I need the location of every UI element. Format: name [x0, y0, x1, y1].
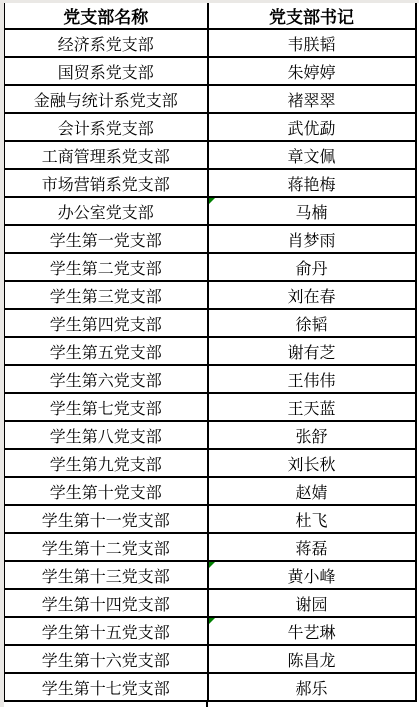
- header-branch-name-cell[interactable]: 党支部名称: [5, 3, 208, 29]
- table-row: 学生第四党支部 徐韬: [5, 309, 416, 337]
- header-secretary-text: 党支部书记: [269, 8, 354, 27]
- secretary-name-text: 韦朕韬: [287, 37, 335, 54]
- branch-name-cell[interactable]: 学生第十五党支部: [5, 617, 208, 645]
- secretary-cell[interactable]: 王天蓝: [208, 393, 416, 421]
- branch-name-cell[interactable]: 办公室党支部: [5, 197, 208, 225]
- secretary-cell[interactable]: 章文佩: [208, 141, 416, 169]
- branch-name-cell[interactable]: 学生第十党支部: [5, 477, 208, 505]
- secretary-cell[interactable]: 蒋磊: [208, 533, 416, 561]
- branch-name-text: 经济系党支部: [58, 37, 154, 54]
- header-row: 党支部名称 党支部书记: [5, 3, 416, 29]
- branch-name-text: 工商管理系党支部: [42, 149, 170, 166]
- branch-name-text: 学生第五党支部: [50, 345, 162, 362]
- branch-name-text: 学生第四党支部: [50, 317, 162, 334]
- secretary-cell[interactable]: 黄小峰: [208, 561, 416, 589]
- branch-name-cell[interactable]: 学生第三党支部: [5, 281, 208, 309]
- secretary-cell[interactable]: 蒋艳梅: [208, 169, 416, 197]
- secretary-name-text: 王伟伟: [287, 373, 335, 390]
- branch-name-cell[interactable]: 学生第四党支部: [5, 309, 208, 337]
- branch-name-cell[interactable]: 学生第十二党支部: [5, 533, 208, 561]
- secretary-name-text: 武优勐: [287, 121, 335, 138]
- branch-name-text: 学生第十三党支部: [42, 569, 170, 586]
- secretary-name-text: 刘在春: [287, 289, 335, 306]
- branch-name-cell[interactable]: 学生第六党支部: [5, 365, 208, 393]
- branch-name-text: 学生第十二党支部: [42, 541, 170, 558]
- cell-corner-indicator: [209, 562, 215, 568]
- table-row: 办公室党支部 马楠: [5, 197, 416, 225]
- table-row: 学生第十二党支部 蒋磊: [5, 533, 416, 561]
- table-row: 学生第八党支部 张舒: [5, 421, 416, 449]
- table-row: 工商管理系党支部 章文佩: [5, 141, 416, 169]
- secretary-cell[interactable]: 牛艺琳: [208, 617, 416, 645]
- branch-name-cell[interactable]: 金融与统计系党支部: [5, 85, 208, 113]
- branch-name-text: 学生第十七党支部: [42, 681, 170, 698]
- secretary-name-text: 蒋艳梅: [287, 177, 335, 194]
- top-gutter: [0, 0, 419, 3]
- branch-name-cell[interactable]: 学生第八党支部: [5, 421, 208, 449]
- branch-name-text: 学生第十一党支部: [42, 513, 170, 530]
- secretary-name-text: 张舒: [295, 429, 327, 446]
- branch-name-text: 学生第八党支部: [50, 429, 162, 446]
- branch-name-text: 金融与统计系党支部: [34, 93, 178, 110]
- secretary-cell[interactable]: 陈昌龙: [208, 645, 416, 673]
- branch-name-cell[interactable]: 学生第十七党支部: [5, 673, 208, 701]
- table-row: 学生第十七党支部 郝乐: [5, 673, 416, 701]
- secretary-name-text: 俞丹: [295, 261, 327, 278]
- secretary-name-text: 牛艺琳: [287, 625, 335, 642]
- secretary-cell[interactable]: 朱婷婷: [208, 57, 416, 85]
- branch-name-cell[interactable]: 学生第七党支部: [5, 393, 208, 421]
- table-row: 学生第十四党支部 谢园: [5, 589, 416, 617]
- secretary-cell[interactable]: 谢有芝: [208, 337, 416, 365]
- table-row: 学生第三党支部 刘在春: [5, 281, 416, 309]
- secretary-name-text: 杜飞: [295, 513, 327, 530]
- table-row: 经济系党支部 韦朕韬: [5, 29, 416, 57]
- secretary-name-text: 徐韬: [295, 317, 327, 334]
- secretary-cell[interactable]: 肖梦雨: [208, 225, 416, 253]
- table-body: 经济系党支部 韦朕韬 国贸系党支部 朱婷婷 金融与统计系党支部 褚翠翠 会计系党…: [5, 29, 416, 701]
- table-row: 学生第五党支部 谢有芝: [5, 337, 416, 365]
- branch-name-cell[interactable]: 学生第十三党支部: [5, 561, 208, 589]
- secretary-cell[interactable]: 褚翠翠: [208, 85, 416, 113]
- secretary-name-text: 蒋磊: [295, 541, 327, 558]
- secretary-cell[interactable]: 赵婧: [208, 477, 416, 505]
- secretary-name-text: 马楠: [295, 205, 327, 222]
- header-secretary-cell[interactable]: 党支部书记: [208, 3, 416, 29]
- secretary-name-text: 郝乐: [295, 681, 327, 698]
- table-row: 学生第十五党支部 牛艺琳: [5, 617, 416, 645]
- secretary-cell[interactable]: 马楠: [208, 197, 416, 225]
- secretary-cell[interactable]: 武优勐: [208, 113, 416, 141]
- secretary-name-text: 朱婷婷: [287, 65, 335, 82]
- branch-name-cell[interactable]: 学生第十六党支部: [5, 645, 208, 673]
- branch-name-text: 学生第十五党支部: [42, 625, 170, 642]
- branch-name-text: 会计系党支部: [58, 121, 154, 138]
- secretary-cell[interactable]: 韦朕韬: [208, 29, 416, 57]
- branch-name-text: 国贸系党支部: [58, 65, 154, 82]
- table-row: 学生第十六党支部 陈昌龙: [5, 645, 416, 673]
- branch-name-text: 学生第七党支部: [50, 401, 162, 418]
- party-branch-table: 党支部名称 党支部书记 经济系党支部 韦朕韬 国贸系党支部 朱婷婷: [4, 3, 417, 702]
- secretary-name-text: 谢园: [295, 597, 327, 614]
- sheet-area: 党支部名称 党支部书记 经济系党支部 韦朕韬 国贸系党支部 朱婷婷: [4, 3, 417, 707]
- secretary-name-text: 章文佩: [287, 149, 335, 166]
- table-row: 学生第七党支部 王天蓝: [5, 393, 416, 421]
- branch-name-cell[interactable]: 会计系党支部: [5, 113, 208, 141]
- branch-name-cell[interactable]: 市场营销系党支部: [5, 169, 208, 197]
- secretary-cell[interactable]: 刘在春: [208, 281, 416, 309]
- secretary-cell[interactable]: 徐韬: [208, 309, 416, 337]
- branch-name-text: 学生第一党支部: [50, 233, 162, 250]
- table-row: 学生第一党支部 肖梦雨: [5, 225, 416, 253]
- secretary-name-text: 褚翠翠: [287, 93, 335, 110]
- table-row: 学生第六党支部 王伟伟: [5, 365, 416, 393]
- branch-name-cell[interactable]: 学生第五党支部: [5, 337, 208, 365]
- secretary-name-text: 谢有芝: [287, 345, 335, 362]
- branch-name-cell[interactable]: 国贸系党支部: [5, 57, 208, 85]
- left-gutter: [0, 0, 4, 707]
- secretary-cell[interactable]: 谢园: [208, 589, 416, 617]
- branch-name-text: 学生第十六党支部: [42, 653, 170, 670]
- secretary-cell[interactable]: 杜飞: [208, 505, 416, 533]
- table-row: 学生第九党支部 刘长秋: [5, 449, 416, 477]
- secretary-cell[interactable]: 张舒: [208, 421, 416, 449]
- secretary-name-text: 王天蓝: [287, 401, 335, 418]
- branch-name-text: 市场营销系党支部: [42, 177, 170, 194]
- branch-name-text: 学生第三党支部: [50, 289, 162, 306]
- branch-name-text: 学生第六党支部: [50, 373, 162, 390]
- table-row: 会计系党支部 武优勐: [5, 113, 416, 141]
- branch-name-cell[interactable]: 工商管理系党支部: [5, 141, 208, 169]
- column-divider-extension: [206, 702, 208, 707]
- branch-name-text: 学生第二党支部: [50, 261, 162, 278]
- table-row: 学生第二党支部 俞丹: [5, 253, 416, 281]
- secretary-cell[interactable]: 俞丹: [208, 253, 416, 281]
- secretary-cell[interactable]: 刘长秋: [208, 449, 416, 477]
- branch-name-cell[interactable]: 学生第二党支部: [5, 253, 208, 281]
- branch-name-cell[interactable]: 学生第十一党支部: [5, 505, 208, 533]
- secretary-name-text: 黄小峰: [287, 569, 335, 586]
- table-row: 学生第十三党支部 黄小峰: [5, 561, 416, 589]
- branch-name-text: 学生第十党支部: [50, 485, 162, 502]
- table-row: 国贸系党支部 朱婷婷: [5, 57, 416, 85]
- branch-name-cell[interactable]: 学生第十四党支部: [5, 589, 208, 617]
- table-row: 学生第十一党支部 杜飞: [5, 505, 416, 533]
- cell-corner-indicator: [209, 618, 215, 624]
- branch-name-cell[interactable]: 学生第一党支部: [5, 225, 208, 253]
- branch-name-cell[interactable]: 经济系党支部: [5, 29, 208, 57]
- secretary-name-text: 赵婧: [295, 485, 327, 502]
- secretary-name-text: 肖梦雨: [287, 233, 335, 250]
- cell-corner-indicator: [209, 198, 215, 204]
- branch-name-text: 学生第九党支部: [50, 457, 162, 474]
- secretary-cell[interactable]: 郝乐: [208, 673, 416, 701]
- secretary-name-text: 陈昌龙: [287, 653, 335, 670]
- branch-name-text: 学生第十四党支部: [42, 597, 170, 614]
- secretary-cell[interactable]: 王伟伟: [208, 365, 416, 393]
- table-row: 市场营销系党支部 蒋艳梅: [5, 169, 416, 197]
- secretary-name-text: 刘长秋: [287, 457, 335, 474]
- branch-name-text: 办公室党支部: [58, 205, 154, 222]
- table-row: 学生第十党支部 赵婧: [5, 477, 416, 505]
- table-row: 金融与统计系党支部 褚翠翠: [5, 85, 416, 113]
- header-branch-name-text: 党支部名称: [63, 8, 148, 27]
- branch-name-cell[interactable]: 学生第九党支部: [5, 449, 208, 477]
